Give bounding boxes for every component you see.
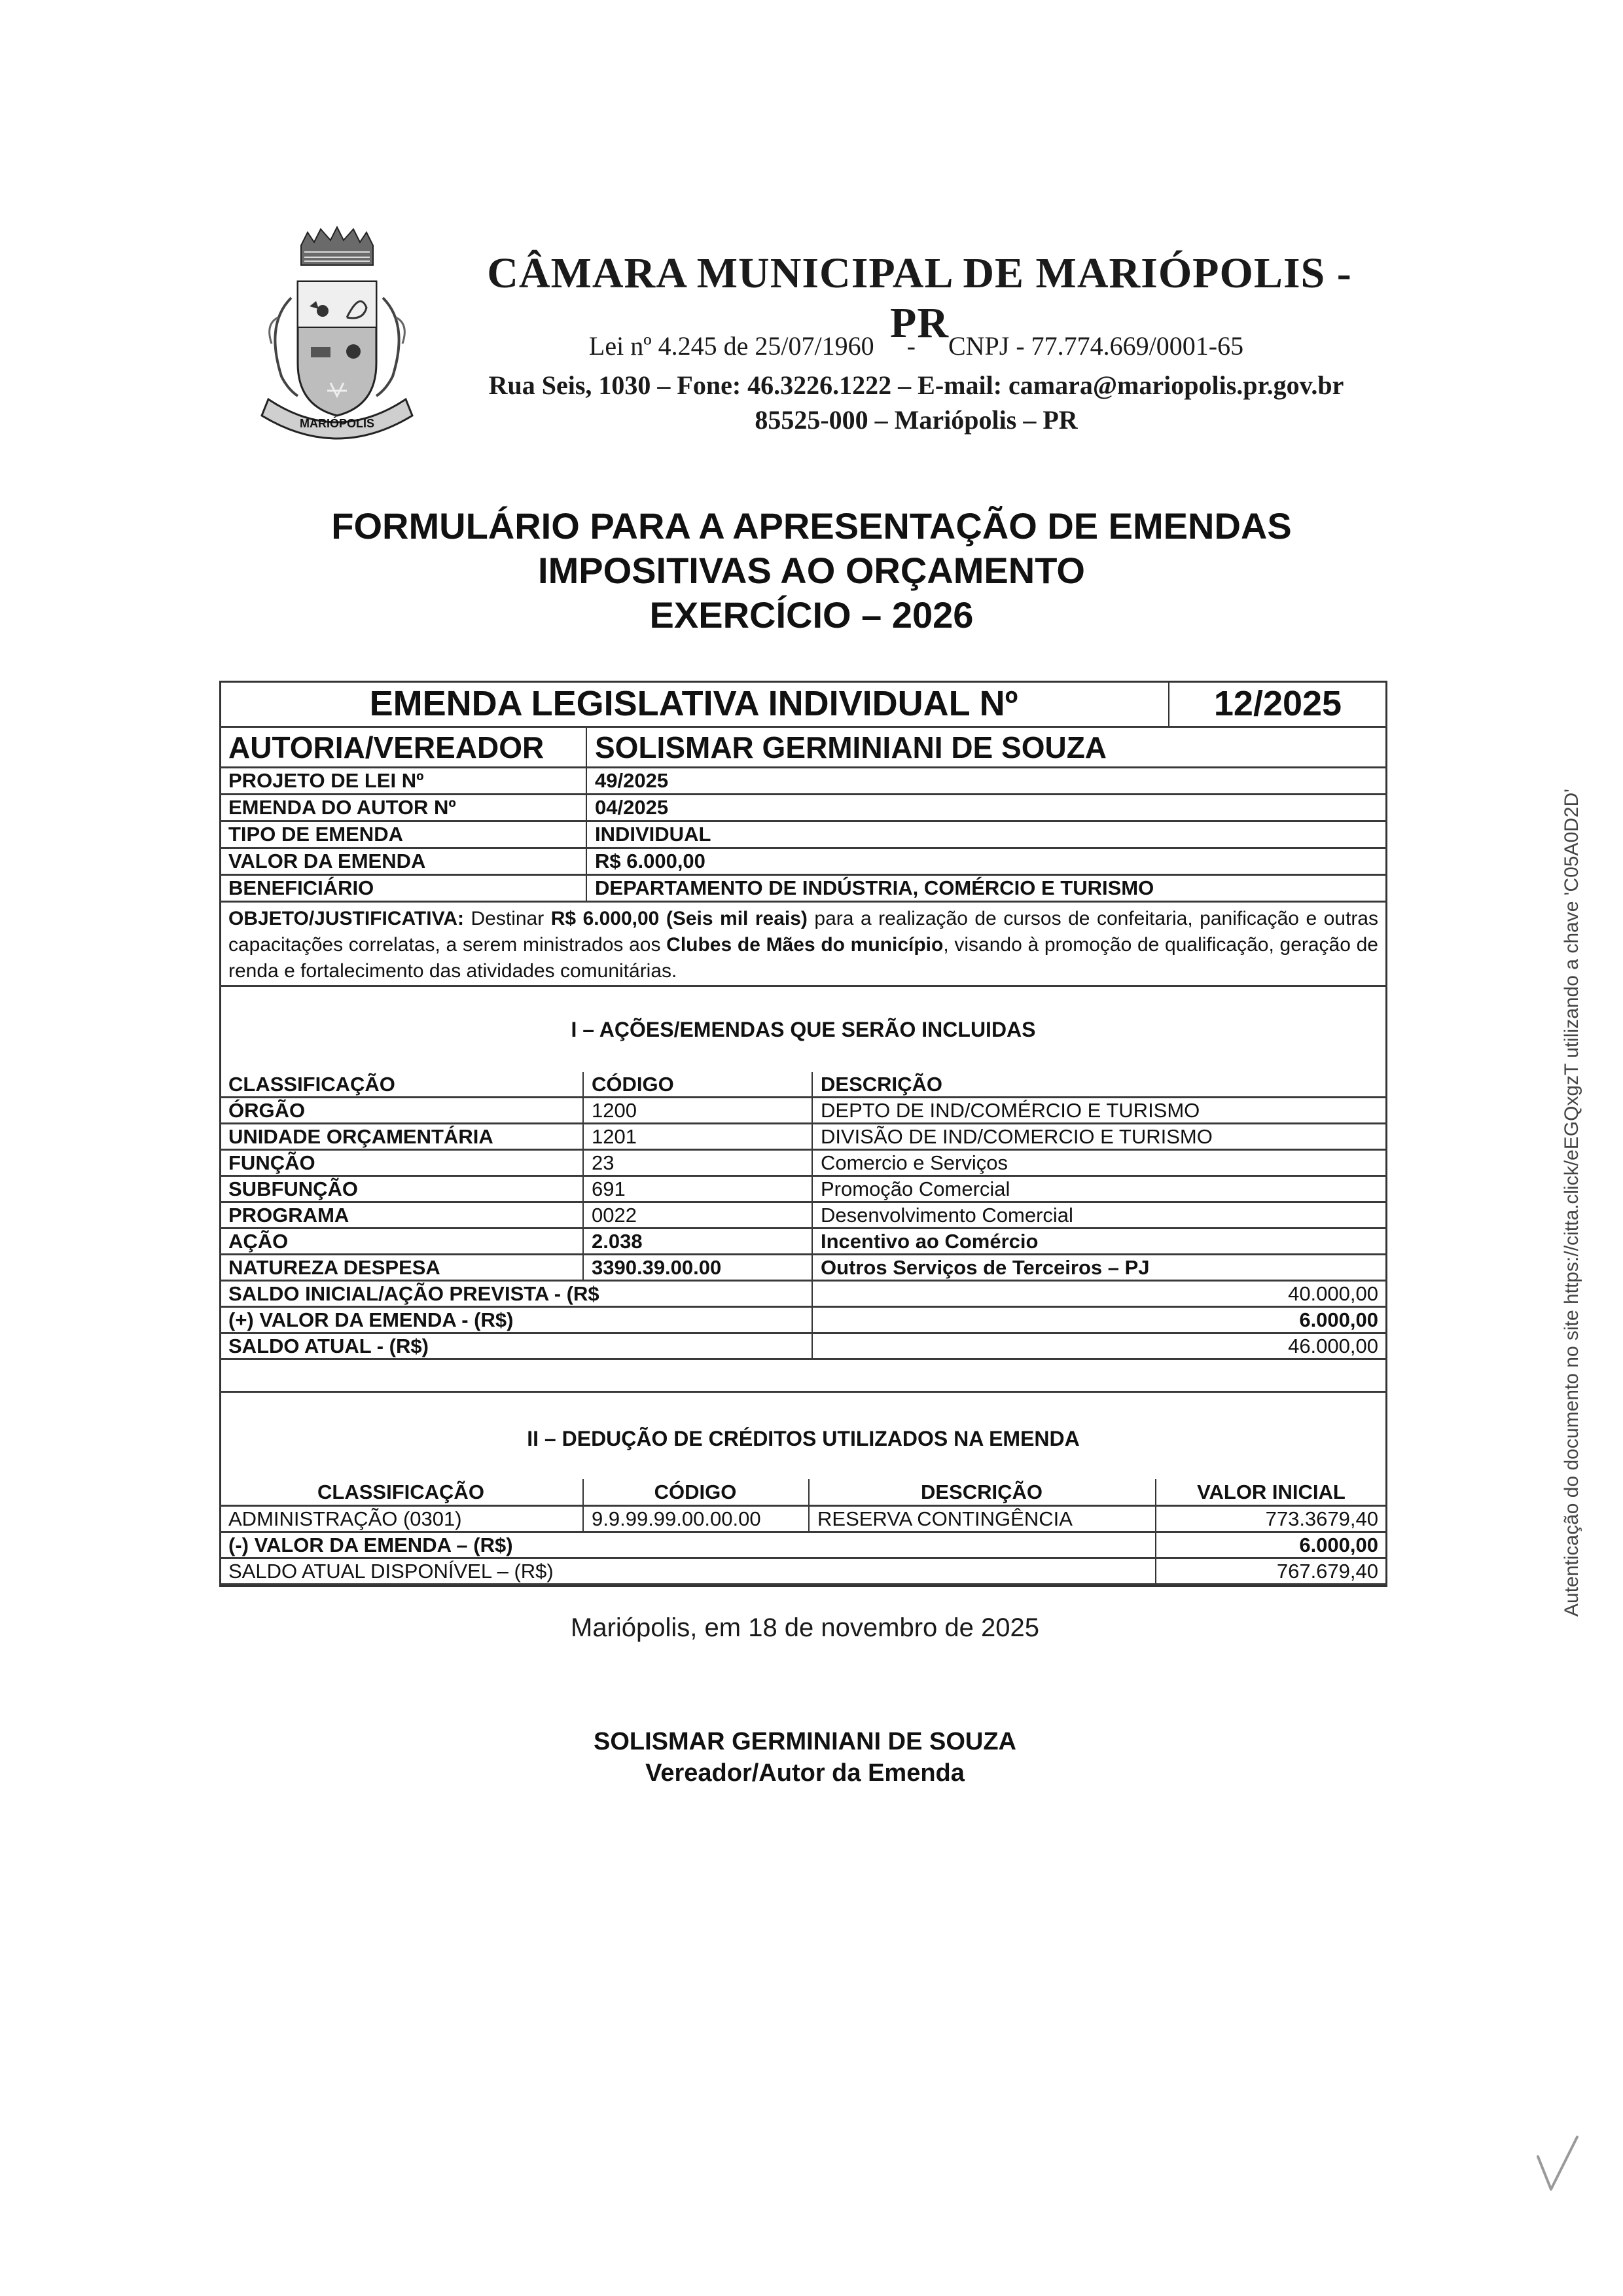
code-cell: 0022 (582, 1203, 811, 1227)
code-cell: 23 (582, 1151, 811, 1175)
table-row: AÇÃO2.038Incentivo ao Comércio (219, 1229, 1387, 1255)
justification-label: OBJETO/JUSTIFICATIVA: (228, 908, 464, 929)
amendment-label: EMENDA LEGISLATIVA INDIVIDUAL Nº (219, 681, 1168, 726)
detail-value: DEPARTAMENTO DE INDÚSTRIA, COMÉRCIO E TU… (586, 876, 1387, 901)
detail-label: TIPO DE EMENDA (219, 822, 586, 847)
detail-row: PROJETO DE LEI Nº49/2025 (219, 768, 1387, 795)
total-row: SALDO INICIAL/AÇÃO PREVISTA - (R$40.000,… (219, 1282, 1387, 1308)
author-label: AUTORIA/VEREADOR (219, 728, 586, 766)
authentication-link[interactable]: Autenticação do documento no site https:… (1561, 789, 1583, 1617)
total-label: (-) VALOR DA EMENDA – (R$) (219, 1533, 1155, 1557)
description-cell: DEPTO DE IND/COMÉRCIO E TURISMO (811, 1098, 1387, 1122)
classification-cell: ADMINISTRAÇÃO (0301) (219, 1507, 582, 1531)
detail-value: 04/2025 (586, 795, 1387, 820)
description-cell: Incentivo ao Comércio (811, 1229, 1387, 1253)
amendment-number: 12/2025 (1168, 681, 1387, 726)
classification-cell: NATUREZA DESPESA (219, 1255, 582, 1280)
description-cell: Outros Serviços de Terceiros – PJ (811, 1255, 1387, 1280)
justification-text-1: Destinar (464, 908, 551, 929)
form-title-line-3: EXERCÍCIO – 2026 (196, 593, 1427, 637)
initial-value-cell: 773.3679,40 (1155, 1507, 1387, 1531)
detail-label: EMENDA DO AUTOR Nº (219, 795, 586, 820)
divider (219, 1391, 1387, 1393)
total-value: 40.000,00 (811, 1282, 1387, 1306)
description-cell: Comercio e Serviços (811, 1151, 1387, 1175)
table-row: NATUREZA DESPESA3390.39.00.00Outros Serv… (219, 1255, 1387, 1282)
justification-amount: R$ 6.000,00 (Seis mil reais) (551, 908, 808, 929)
detail-row: VALOR DA EMENDAR$ 6.000,00 (219, 849, 1387, 876)
total-row: SALDO ATUAL DISPONÍVEL – (R$)767.679,40 (219, 1559, 1387, 1585)
section-1-title: I – AÇÕES/EMENDAS QUE SERÃO INCLUIDAS (219, 1018, 1387, 1042)
total-value: 767.679,40 (1155, 1559, 1387, 1583)
author-value: SOLISMAR GERMINIANI DE SOUZA (586, 728, 1387, 766)
check-mark-icon (1535, 2134, 1580, 2199)
detail-row: BENEFICIÁRIODEPARTAMENTO DE INDÚSTRIA, C… (219, 876, 1387, 903)
column-header-code: CÓDIGO (582, 1072, 811, 1096)
section-2-header-row: CLASSIFICAÇÃOCÓDIGODESCRIÇÃOVALOR INICIA… (219, 1479, 1387, 1507)
classification-cell: UNIDADE ORÇAMENTÁRIA (219, 1124, 582, 1149)
description-cell: DIVISÃO DE IND/COMERCIO E TURISMO (811, 1124, 1387, 1149)
detail-row: TIPO DE EMENDAINDIVIDUAL (219, 822, 1387, 849)
total-row: SALDO ATUAL - (R$)46.000,00 (219, 1334, 1387, 1360)
code-cell: 9.9.99.99.00.00.00 (582, 1507, 808, 1531)
classification-cell: AÇÃO (219, 1229, 582, 1253)
column-header-description: DESCRIÇÃO (808, 1479, 1155, 1505)
classification-cell: SUBFUNÇÃO (219, 1177, 582, 1201)
code-cell: 2.038 (582, 1229, 811, 1253)
column-header-classification: CLASSIFICAÇÃO (219, 1072, 582, 1096)
signer-role: Vereador/Autor da Emenda (458, 1759, 1152, 1787)
form-title: FORMULÁRIO PARA A APRESENTAÇÃO DE EMENDA… (196, 504, 1427, 637)
detail-label: PROJETO DE LEI Nº (219, 768, 586, 793)
law-reference: Lei nº 4.245 de 25/07/1960 (589, 331, 874, 361)
detail-label: BENEFICIÁRIO (219, 876, 586, 901)
author-row: AUTORIA/VEREADOR SOLISMAR GERMINIANI DE … (219, 728, 1387, 768)
code-cell: 691 (582, 1177, 811, 1201)
total-label: SALDO ATUAL - (R$) (219, 1334, 811, 1358)
table-row: UNIDADE ORÇAMENTÁRIA1201DIVISÃO DE IND/C… (219, 1124, 1387, 1151)
cep-city: 85525-000 – Mariópolis – PR (458, 404, 1374, 435)
amendment-number-row: EMENDA LEGISLATIVA INDIVIDUAL Nº 12/2025 (219, 681, 1387, 728)
total-label: SALDO ATUAL DISPONÍVEL – (R$) (219, 1559, 1155, 1583)
total-value: 6.000,00 (1155, 1533, 1387, 1557)
section-2-title: II – DEDUÇÃO DE CRÉDITOS UTILIZADOS NA E… (219, 1427, 1387, 1451)
detail-label: VALOR DA EMENDA (219, 849, 586, 874)
svg-text:MARIÓPOLIS: MARIÓPOLIS (300, 416, 374, 430)
code-cell: 1200 (582, 1098, 811, 1122)
column-header-code: CÓDIGO (582, 1479, 808, 1505)
description-cell: Promoção Comercial (811, 1177, 1387, 1201)
detail-row: EMENDA DO AUTOR Nº04/2025 (219, 795, 1387, 822)
table-row: ÓRGÃO1200DEPTO DE IND/COMÉRCIO E TURISMO (219, 1098, 1387, 1124)
description-cell: Desenvolvimento Comercial (811, 1203, 1387, 1227)
total-value: 46.000,00 (811, 1334, 1387, 1358)
total-label: SALDO INICIAL/AÇÃO PREVISTA - (R$ (219, 1282, 811, 1306)
place-and-date: Mariópolis, em 18 de novembro de 2025 (458, 1613, 1152, 1643)
separator: - (907, 331, 916, 361)
table-row: SUBFUNÇÃO691Promoção Comercial (219, 1177, 1387, 1203)
table-row: PROGRAMA0022Desenvolvimento Comercial (219, 1203, 1387, 1229)
form-title-line-1: FORMULÁRIO PARA A APRESENTAÇÃO DE EMENDA… (196, 504, 1427, 548)
description-cell: RESERVA CONTINGÊNCIA (808, 1507, 1155, 1531)
section-1-header-row: CLASSIFICAÇÃOCÓDIGODESCRIÇÃO (219, 1072, 1387, 1098)
detail-value: 49/2025 (586, 768, 1387, 793)
column-header-classification: CLASSIFICAÇÃO (219, 1479, 582, 1505)
form-title-line-2: IMPOSITIVAS AO ORÇAMENTO (196, 548, 1427, 593)
classification-cell: ÓRGÃO (219, 1098, 582, 1122)
total-value: 6.000,00 (811, 1308, 1387, 1332)
classification-cell: PROGRAMA (219, 1203, 582, 1227)
divider (219, 985, 1387, 987)
detail-value: R$ 6.000,00 (586, 849, 1387, 874)
table-row: ADMINISTRAÇÃO (0301)9.9.99.99.00.00.00RE… (219, 1507, 1387, 1533)
detail-value: INDIVIDUAL (586, 822, 1387, 847)
column-header-description: DESCRIÇÃO (811, 1072, 1387, 1096)
total-row: (+) VALOR DA EMENDA - (R$)6.000,00 (219, 1308, 1387, 1334)
cnpj: CNPJ - 77.774.669/0001-65 (948, 331, 1243, 361)
column-header-initial-value: VALOR INICIAL (1155, 1479, 1387, 1505)
justification-text: OBJETO/JUSTIFICATIVA: Destinar R$ 6.000,… (219, 903, 1387, 987)
table-row: FUNÇÃO23Comercio e Serviços (219, 1151, 1387, 1177)
coat-of-arms-logo-icon: MARIÓPOLIS (239, 219, 435, 442)
total-row: (-) VALOR DA EMENDA – (R$)6.000,00 (219, 1533, 1387, 1559)
signer-name: SOLISMAR GERMINIANI DE SOUZA (458, 1728, 1152, 1756)
code-cell: 1201 (582, 1124, 811, 1149)
law-and-cnpj: Lei nº 4.245 de 25/07/1960 - CNPJ - 77.7… (458, 331, 1374, 361)
classification-cell: FUNÇÃO (219, 1151, 582, 1175)
code-cell: 3390.39.00.00 (582, 1255, 811, 1280)
total-label: (+) VALOR DA EMENDA - (R$) (219, 1308, 811, 1332)
address-contact: Rua Seis, 1030 – Fone: 46.3226.1222 – E-… (458, 370, 1374, 401)
justification-beneficiaries: Clubes de Mães do município (666, 934, 943, 956)
